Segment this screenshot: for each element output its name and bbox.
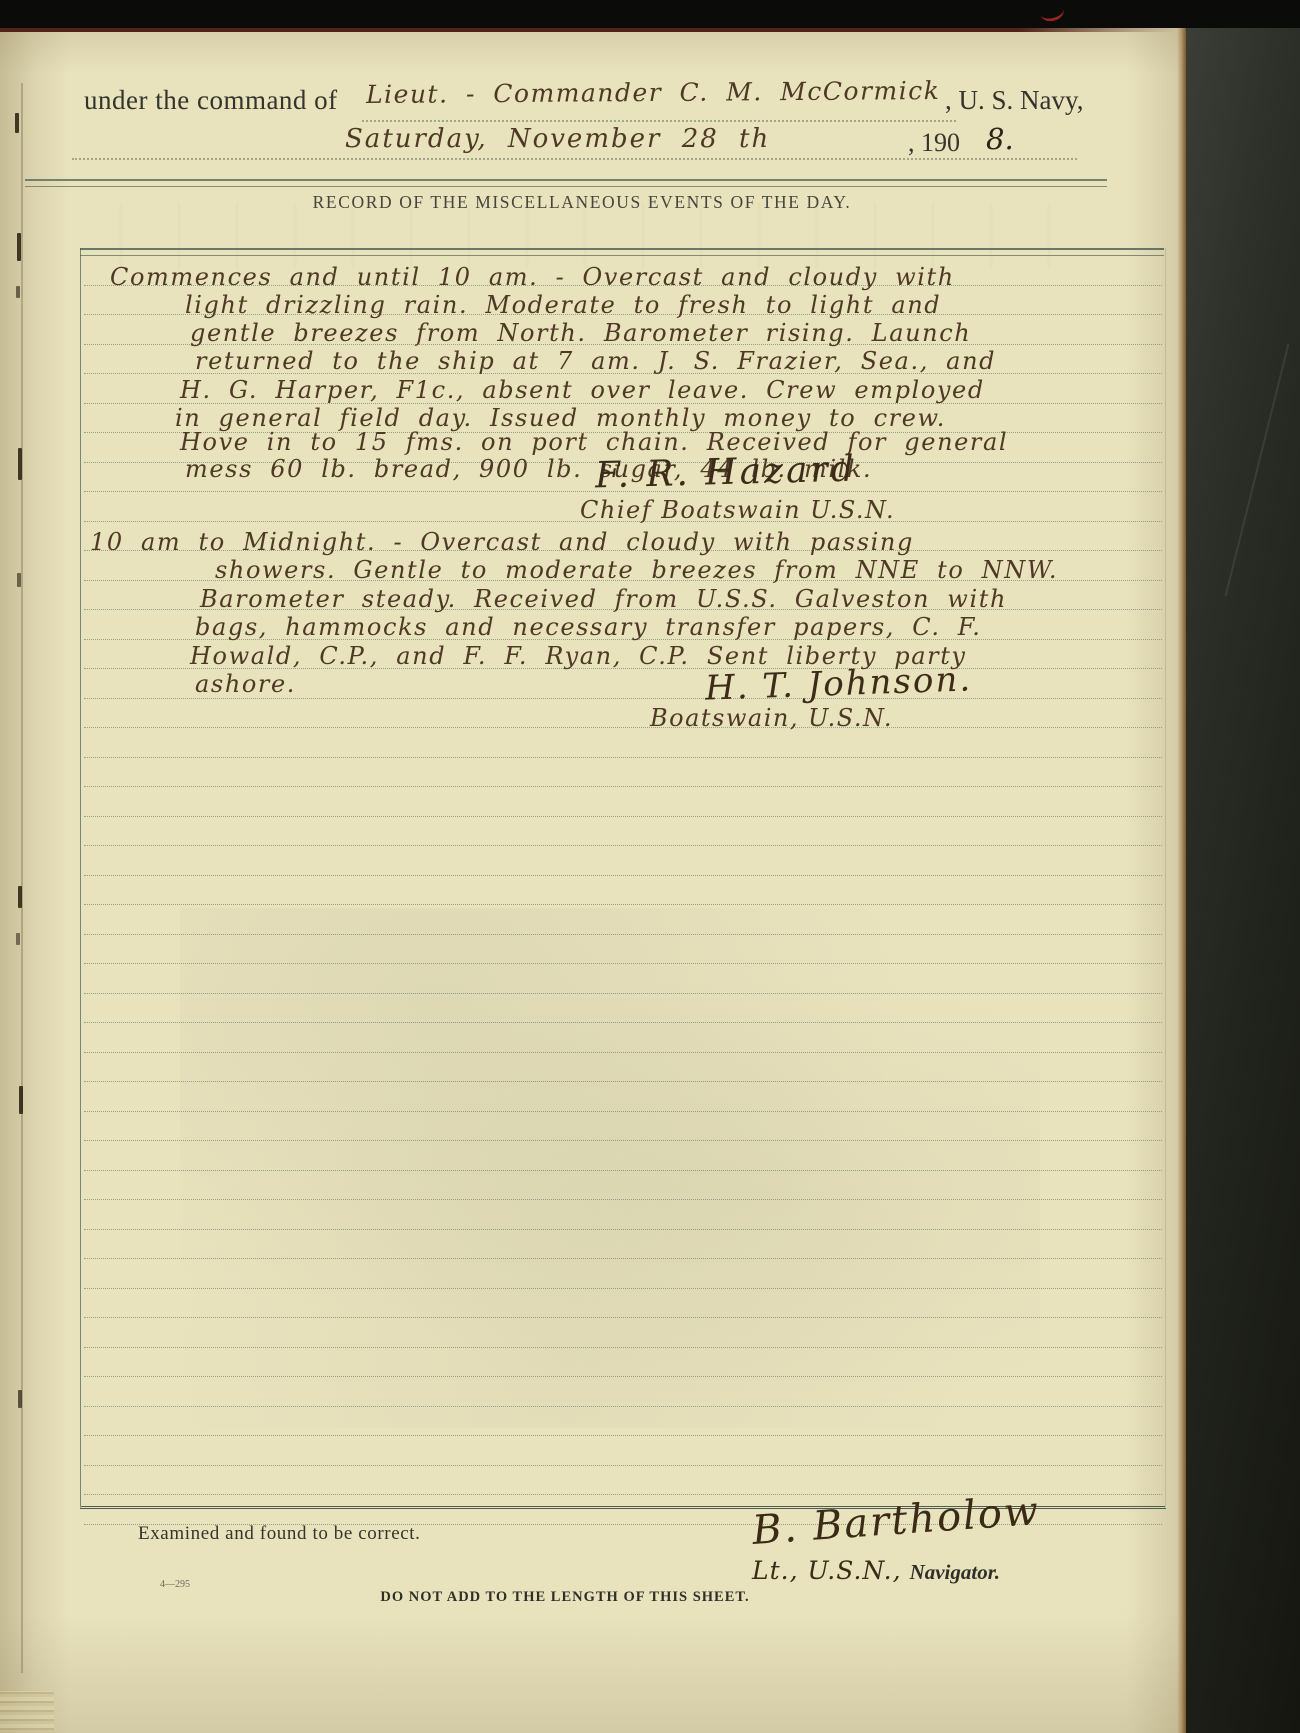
length-warning: DO NOT ADD TO THE LENGTH OF THIS SHEET. [350,1589,780,1606]
stitch-mark [16,286,20,298]
scan-top-shadow [0,0,1300,28]
entry-signature: F. R. Hazard [595,449,858,497]
log-line: Barometer steady. Received from U.S.S. G… [200,585,1007,613]
log-line: H. G. Harper, F1c., absent over leave. C… [180,376,985,404]
log-line: Commences and until 10 am. - Overcast an… [110,263,955,291]
stitch-mark [17,233,21,261]
date-underline [72,158,1077,160]
year-digit-handwritten: 8. [986,122,1014,156]
page-corner-edges [0,1691,54,1733]
logbook-scan: under the command of Lieut. - Commander … [0,0,1300,1733]
stitch-mark [18,448,22,480]
entry-signature-title: Boatswain, U.S.N. [650,704,893,732]
binding-crease [21,83,23,1673]
entry-signature-title: Chief Boatswain U.S.N. [580,496,895,524]
page-top-edge [0,28,1186,32]
book-cover-background [1186,0,1300,1733]
log-line: gentle breezes from North. Barometer ris… [190,319,971,347]
navigator-label-printed: Navigator. [910,1560,1000,1584]
form-number: 4—295 [160,1579,190,1590]
command-label: under the command of [84,85,338,116]
stitch-mark [18,886,22,908]
navy-label: , U. S. Navy, [945,85,1084,116]
commander-underline [362,120,956,122]
log-line: 10 am to Midnight. - Overcast and cloudy… [90,528,914,556]
log-page: under the command of Lieut. - Commander … [0,28,1186,1733]
log-line: bags, hammocks and necessary transfer pa… [195,613,982,641]
stitch-mark [15,113,19,133]
log-line: showers. Gentle to moderate breezes from… [215,556,1058,584]
commander-name-handwritten: Lieut. - Commander C. M. McCormick [366,76,941,109]
log-line: light drizzling rain. Moderate to fresh … [185,291,941,319]
header-divider [25,179,1107,187]
log-line: returned to the ship at 7 am. J. S. Fraz… [195,347,996,375]
navigator-rank-handwritten: Lt., U.S.N., [752,1556,902,1585]
stitch-mark [17,573,21,587]
year-printed: , 190 [908,128,960,158]
navigator-title-line: Lt., U.S.N.,Navigator. [752,1556,1000,1585]
log-line: ashore. [195,670,296,698]
stitch-mark [19,1086,23,1114]
cover-scratch [1225,344,1290,597]
record-box-top-border [80,248,1164,256]
stitch-mark [18,1390,22,1408]
date-handwritten: Saturday, November 28 th [345,124,770,154]
page-right-edge [1177,28,1186,1733]
examined-note: Examined and found to be correct. [138,1523,421,1545]
log-line: Hove in to 15 fms. on port chain. Receiv… [180,428,1008,456]
stitch-mark [16,933,20,945]
